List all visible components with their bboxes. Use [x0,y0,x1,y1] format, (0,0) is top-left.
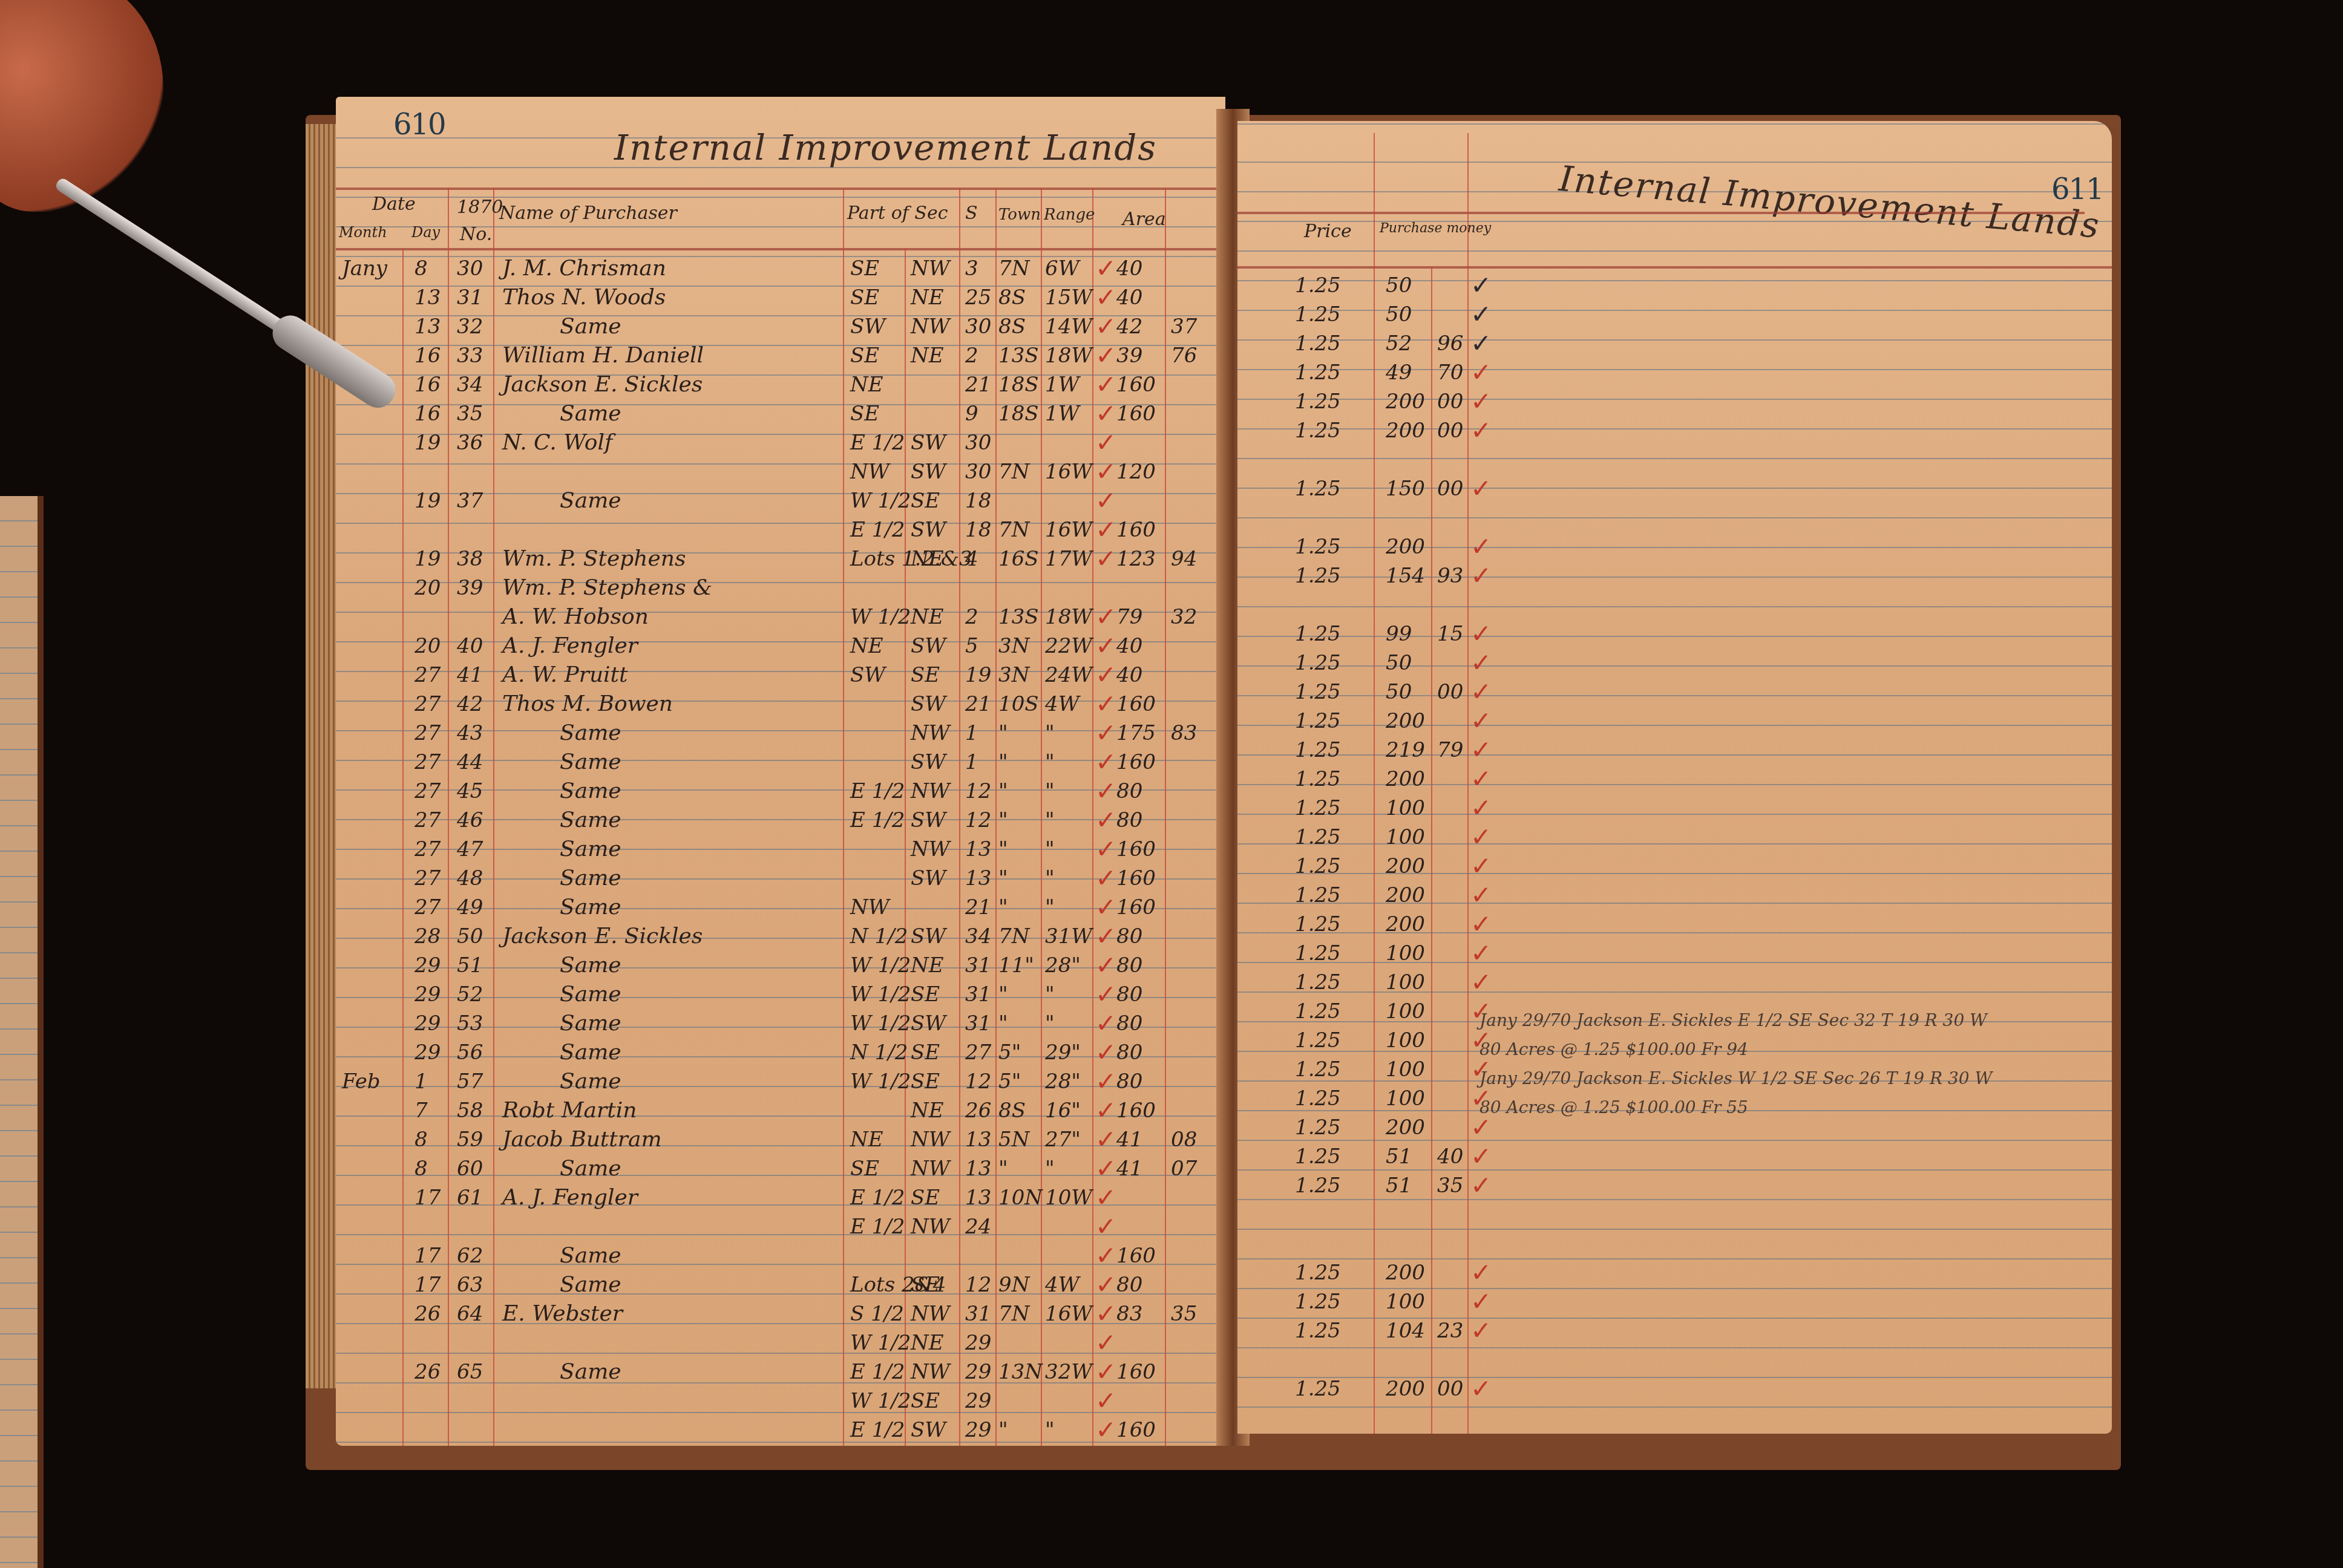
cell-month: Jany [342,254,387,283]
header-purchase-money: Purchase money [1380,221,1491,236]
table-row [1237,590,2112,619]
cell-range: 27" [1045,1125,1081,1154]
cell-quarter: SW [911,428,946,457]
cell-town: 8S [998,1096,1026,1125]
cell-sec: 24 [965,1212,991,1241]
table-row: 1.255296✓ [1237,329,2112,358]
cell-cert-no: 43 [457,719,483,748]
cell-dollars: 100 [1386,997,1425,1026]
cell-quarter: SW [911,1009,946,1038]
cell-part: NE [850,370,883,399]
cell-sec: 3 [965,254,978,283]
table-row: 2951SameW 1/2NE3111"28"80✓ [336,951,1225,980]
cell-part: E 1/2 [850,1183,905,1212]
check-mark-icon: ✓ [1095,893,1116,922]
cell-price: 1.25 [1295,794,1341,823]
cell-price: 1.25 [1295,532,1341,561]
cell-purchaser: Wm. P. Stephens & [502,573,712,603]
cell-sec: 31 [965,980,991,1009]
cell-sec: 30 [965,312,991,341]
table-row [1237,1345,2112,1374]
table-row [1237,445,2112,474]
cell-range: 14W [1045,312,1092,341]
cell-sec: 29 [965,1387,991,1416]
check-mark-icon: ✓ [1095,312,1116,341]
cell-day: 20 [415,573,441,603]
cell-area-fraction: 94 [1171,544,1197,573]
cell-quarter: NW [911,777,950,806]
cell-area: 80 [1116,1270,1142,1299]
cell-dollars: 200 [1386,1258,1425,1287]
cell-quarter: SW [911,690,946,719]
cell-dollars: 50 [1386,300,1412,329]
cell-sec: 21 [965,690,991,719]
cell-part: W 1/2 [850,951,911,980]
table-row: 2742Thos M. BowenSW2110S4W160✓ [336,690,1225,719]
cell-purchaser: Jacob Buttram [502,1125,662,1154]
check-mark-icon: ✓ [1095,980,1116,1009]
table-row: 860SameSENW13""4107✓ [336,1154,1225,1183]
cell-town: 8S [998,283,1026,312]
table-row: 1.25200✓ [1237,910,2112,939]
cell-area: 39 [1116,341,1142,370]
cell-part: W 1/2 [850,1328,911,1357]
cell-town: 7N [998,922,1029,951]
cell-quarter: NW [911,1357,950,1387]
cell-cert-no: 52 [457,980,483,1009]
cell-price: 1.25 [1295,1084,1341,1113]
cell-day: 19 [415,428,441,457]
check-mark-icon: ✓ [1470,561,1492,590]
check-mark-icon: ✓ [1095,486,1116,515]
margin-note: Jany 29/70 Jackson E. Sickles W 1/2 SE S… [1480,1068,1992,1088]
cell-dollars: 100 [1386,939,1425,968]
table-row: 1.2520000✓ [1237,1432,2112,1434]
cell-purchaser: J. M. Chrisman [502,254,666,283]
header-sec: S [965,203,978,224]
check-mark-icon: ✓ [1095,544,1116,573]
check-mark-icon: ✓ [1095,457,1116,486]
cell-dollars: 200 [1386,1374,1425,1403]
table-row: 1633William H. DaniellSENE213S18W3976✓ [336,341,1225,370]
cell-quarter: SW [911,457,946,486]
check-mark-icon: ✓ [1470,329,1492,358]
cell-sec: 9 [965,399,978,428]
cell-price: 1.25 [1295,1055,1341,1084]
cell-cert-no: 30 [457,254,483,283]
header-part-of-sec: Part of Sec [847,203,948,224]
cell-day: 16 [415,341,441,370]
cell-part: W 1/2 [850,1067,911,1096]
cell-month: Feb [342,1067,381,1096]
table-row: 1.255000✓ [1237,678,2112,707]
cell-purchaser: E. Webster [502,1299,623,1328]
cell-area: 160 [1116,370,1156,399]
cell-range: 1W [1045,370,1080,399]
cell-range: " [1045,719,1055,748]
cell-part: W 1/2 [850,486,911,515]
cell-range: 17W [1045,544,1092,573]
cell-sec: 29 [965,1328,991,1357]
table-row: 1.2520000✓ [1237,387,2112,416]
cell-part: SE [850,283,879,312]
cell-day: 27 [415,748,441,777]
hand [0,0,163,212]
cell-cert-no: 32 [457,312,483,341]
cell-sec: 31 [965,1009,991,1038]
cell-purchaser: William H. Daniell [502,341,704,370]
check-mark-icon: ✓ [1470,1432,1492,1434]
cell-price: 1.25 [1295,271,1341,300]
check-mark-icon: ✓ [1470,1316,1492,1345]
table-row: 1.2510423✓ [1237,1316,2112,1345]
check-mark-icon: ✓ [1095,1125,1116,1154]
table-row: 1.25200✓ [1237,532,2112,561]
cell-sec: 21 [965,893,991,922]
check-mark-icon: ✓ [1470,474,1492,503]
cell-area: 160 [1116,515,1156,544]
cell-town: 3N [998,632,1029,661]
cell-town: 18S [998,370,1039,399]
cell-range: 22W [1045,632,1092,661]
cell-quarter: NW [911,254,950,283]
cell-day: 19 [415,544,441,573]
cell-purchaser: Wm. P. Stephens [502,544,686,573]
cell-range: 16W [1045,457,1092,486]
check-mark-icon: ✓ [1470,1171,1492,1200]
cell-price: 1.25 [1295,1432,1341,1434]
table-row: 1.25100✓ [1237,823,2112,852]
check-mark-icon: ✓ [1470,1374,1492,1403]
header-area: Area [1122,209,1166,230]
cell-purchaser: Same [560,1241,621,1270]
cell-range: 4W [1045,1270,1080,1299]
table-row: 1.254970✓ [1237,358,2112,387]
cell-day: 20 [415,632,441,661]
cell-day: 17 [415,1241,441,1270]
table-row: 1331Thos N. WoodsSENE258S15W40✓ [336,283,1225,312]
table-row: 1.25200✓ [1237,852,2112,881]
cell-dollars: 150 [1386,474,1425,503]
table-row: 1.25100✓ [1237,794,2112,823]
cell-dollars: 100 [1386,968,1425,997]
cell-quarter: NE [911,1096,944,1125]
table-row: 1.2515000✓ [1237,474,2112,503]
table-row: 1.25200✓ [1237,1113,2112,1142]
check-mark-icon: ✓ [1095,632,1116,661]
cell-quarter: SW [911,806,946,835]
table-row: 1763SameLots 2&4SE129N4W80✓ [336,1270,1225,1299]
cell-range: 10W [1045,1183,1092,1212]
cell-day: 28 [415,922,441,951]
cell-day: 29 [415,951,441,980]
check-mark-icon: ✓ [1470,852,1492,881]
cell-range: " [1045,1154,1055,1183]
check-mark-icon: ✓ [1470,910,1492,939]
cell-day: 29 [415,1009,441,1038]
cell-sec: 26 [965,1096,991,1125]
cell-town: " [998,893,1008,922]
cell-range: 29" [1045,1038,1081,1067]
check-mark-icon: ✓ [1095,370,1116,399]
cell-cert-no: 38 [457,544,483,573]
cell-purchaser: Thos M. Bowen [502,690,673,719]
check-mark-icon: ✓ [1470,1113,1492,1142]
cell-purchaser: Same [560,980,621,1009]
cell-range: " [1045,835,1055,864]
cell-quarter: SE [911,1183,940,1212]
cell-town: 11" [998,951,1034,980]
cell-dollars: 50 [1386,648,1412,678]
cell-area: 41 [1116,1125,1142,1154]
cell-range: 4W [1045,690,1080,719]
check-mark-icon: ✓ [1095,661,1116,690]
cell-purchaser: Jackson E. Sickles [502,370,703,399]
cell-purchaser: A. W. Pruitt [502,661,628,690]
check-mark-icon: ✓ [1470,823,1492,852]
cell-cert-no: 49 [457,893,483,922]
cell-cert-no: 64 [457,1299,483,1328]
cell-cents: 70 [1437,358,1463,387]
cell-town: 7N [998,254,1029,283]
cell-day: 29 [415,980,441,1009]
cell-sec: 13 [965,1183,991,1212]
cell-purchaser: Same [560,399,621,428]
cell-price: 1.25 [1295,997,1341,1026]
cell-cert-no: 37 [457,486,483,515]
cell-sec: 12 [965,1270,991,1299]
cell-cert-no: 59 [457,1125,483,1154]
cell-purchaser: Same [560,486,621,515]
cell-area: 160 [1116,835,1156,864]
cell-cert-no: 44 [457,748,483,777]
cell-area: 123 [1116,544,1156,573]
cell-quarter: NE [911,341,944,370]
cell-purchaser: Same [560,1270,621,1299]
cell-quarter: NW [911,1154,950,1183]
cell-part: E 1/2 [850,428,905,457]
cell-day: 26 [415,1357,441,1387]
table-row: Jany830J. M. ChrismanSENW37N6W40✓ [336,254,1225,283]
cell-dollars: 51 [1386,1171,1412,1200]
cell-range: " [1045,864,1055,893]
cell-town: " [998,748,1008,777]
margin-note: 80 Acres @ 1.25 $100.00 Fr 94 [1480,1039,1748,1059]
check-mark-icon: ✓ [1095,951,1116,980]
cell-range: 31W [1045,922,1092,951]
margin-note: Jany 29/70 Jackson E. Sickles E 1/2 SE S… [1480,1010,1987,1030]
cell-town: " [998,1416,1008,1445]
cell-area: 80 [1116,951,1142,980]
cell-day: 27 [415,661,441,690]
cell-day: 16 [415,370,441,399]
cell-part: E 1/2 [850,1357,905,1387]
cell-purchaser: Same [560,835,621,864]
cell-dollars: 49 [1386,358,1412,387]
cell-area: 40 [1116,632,1142,661]
table-row: 1.25100✓ [1237,968,2112,997]
cell-town: " [998,835,1008,864]
cell-cents: 00 [1437,1374,1463,1403]
cell-area: 80 [1116,806,1142,835]
cell-price: 1.25 [1295,939,1341,968]
table-row [1237,1200,2112,1229]
cell-area: 80 [1116,777,1142,806]
ledger-photo: 610 Internal Improvement Lands Date Mont… [0,0,2343,1568]
cell-part: W 1/2 [850,603,911,632]
table-row: 1938Wm. P. StephensLots 1.2.&3NE416S17W1… [336,544,1225,573]
cell-quarter: SE [911,1387,940,1416]
cell-town: 9N [998,1270,1029,1299]
cell-sec: 18 [965,515,991,544]
cell-price: 1.25 [1295,329,1341,358]
cell-town: " [998,719,1008,748]
cell-town: 18S [998,399,1039,428]
cell-area: 42 [1116,312,1142,341]
cell-price: 1.25 [1295,1316,1341,1345]
check-mark-icon: ✓ [1095,1270,1116,1299]
header-rule-bottom [1237,266,2112,269]
header-town: Town [998,206,1041,224]
cell-area: 160 [1116,1416,1156,1445]
cell-cents: 00 [1437,416,1463,445]
check-mark-icon: ✓ [1095,690,1116,719]
cell-quarter: SW [911,515,946,544]
check-mark-icon: ✓ [1095,1038,1116,1067]
cell-quarter: SW [911,632,946,661]
cell-town: 5" [998,1038,1021,1067]
cell-range: 16" [1045,1096,1081,1125]
cell-day: 13 [415,283,441,312]
cell-cert-no: 63 [457,1270,483,1299]
check-mark-icon: ✓ [1095,1154,1116,1183]
cell-dollars: 100 [1386,1084,1425,1113]
table-row: 1.2521979✓ [1237,736,2112,765]
table-row: 1.25200✓ [1237,707,2112,736]
check-mark-icon: ✓ [1470,794,1492,823]
cell-area: 40 [1116,661,1142,690]
cell-quarter: NW [911,1125,950,1154]
cell-range: 32W [1045,1357,1092,1387]
cell-range: 1W [1045,399,1080,428]
table-row: 2745SameE 1/2NW12""80✓ [336,777,1225,806]
table-row: 2664E. WebsterS 1/2NW317N16W8335✓ [336,1299,1225,1328]
table-row: 2746SameE 1/2SW12""80✓ [336,806,1225,835]
table-row: 2850Jackson E. SicklesN 1/2SW347N31W80✓ [336,922,1225,951]
check-mark-icon: ✓ [1095,835,1116,864]
table-row: 1.25200✓ [1237,765,2112,794]
cell-dollars: 200 [1386,416,1425,445]
table-row: 2744SameSW1""160✓ [336,748,1225,777]
cell-area-fraction: 08 [1171,1125,1197,1154]
cell-day: 8 [415,1125,428,1154]
check-mark-icon: ✓ [1470,736,1492,765]
check-mark-icon: ✓ [1470,765,1492,794]
cell-area: 160 [1116,748,1156,777]
check-mark-icon: ✓ [1095,283,1116,312]
cell-sec: 13 [965,1154,991,1183]
cell-price: 1.25 [1295,387,1341,416]
cell-dollars: 100 [1386,823,1425,852]
margin-note: 80 Acres @ 1.25 $100.00 Fr 55 [1480,1097,1748,1117]
cell-cents: 23 [1437,1316,1463,1345]
cell-quarter: SW [911,748,946,777]
cell-quarter: NE [911,544,944,573]
header-price: Price [1304,221,1352,242]
table-row [1237,1229,2112,1258]
cell-sec: 12 [965,777,991,806]
table-row: 1762Same160✓ [336,1241,1225,1270]
cell-quarter: NE [911,603,944,632]
cell-sec: 29 [965,1416,991,1445]
cell-area: 80 [1116,1009,1142,1038]
cell-price: 1.25 [1295,707,1341,736]
cell-sec: 19 [965,661,991,690]
cell-cert-no: 45 [457,777,483,806]
cell-sec: 18 [965,486,991,515]
cell-purchaser: Same [560,893,621,922]
cell-area: 80 [1116,922,1142,951]
cell-town: 5N [998,1125,1029,1154]
table-row: 1.255135✓ [1237,1171,2112,1200]
cell-range: 28" [1045,1067,1081,1096]
cell-cert-no: 39 [457,573,483,603]
check-mark-icon: ✓ [1470,881,1492,910]
cell-town: 13S [998,341,1039,370]
cell-purchaser: A. J. Fengler [502,1183,638,1212]
cell-sec: 5 [965,632,978,661]
check-mark-icon: ✓ [1095,1009,1116,1038]
cell-day: 1 [415,1067,428,1096]
cell-dollars: 100 [1386,794,1425,823]
cell-area-fraction: 32 [1171,603,1197,632]
check-mark-icon: ✓ [1095,341,1116,370]
cell-dollars: 200 [1386,1113,1425,1142]
cell-cents: 79 [1437,736,1463,765]
check-mark-icon: ✓ [1095,1328,1116,1357]
header-date: Date [372,194,416,215]
cell-part: SE [850,1154,879,1183]
table-row: E 1/2SW29""160✓ [336,1416,1225,1445]
cell-dollars: 100 [1386,1287,1425,1316]
check-mark-icon: ✓ [1470,939,1492,968]
cell-cents: 40 [1437,1142,1463,1171]
check-mark-icon: ✓ [1095,864,1116,893]
check-mark-icon: ✓ [1095,777,1116,806]
cell-purchaser: A. J. Fengler [502,632,638,661]
cell-sec: 13 [965,1125,991,1154]
table-row: E 1/2SW187N16W160✓ [336,515,1225,544]
check-mark-icon: ✓ [1470,532,1492,561]
page-title: Internal Improvement Lands [614,127,1157,168]
table-row: 1936N. C. WolfE 1/2SW30✓ [336,428,1225,457]
cell-price: 1.25 [1295,1113,1341,1142]
cell-cents: 00 [1437,678,1463,707]
check-mark-icon: ✓ [1470,271,1492,300]
cell-range: 6W [1045,254,1080,283]
cell-day: 27 [415,719,441,748]
cell-dollars: 200 [1386,765,1425,794]
header-purchaser: Name of Purchaser [499,203,677,224]
cell-dollars: 200 [1386,707,1425,736]
cell-quarter: SW [911,922,946,951]
table-row [1237,1403,2112,1432]
cell-sec: 31 [965,1299,991,1328]
cell-range: 18W [1045,603,1092,632]
cell-area-fraction: 07 [1171,1154,1197,1183]
cell-range: " [1045,893,1055,922]
cell-price: 1.25 [1295,1287,1341,1316]
